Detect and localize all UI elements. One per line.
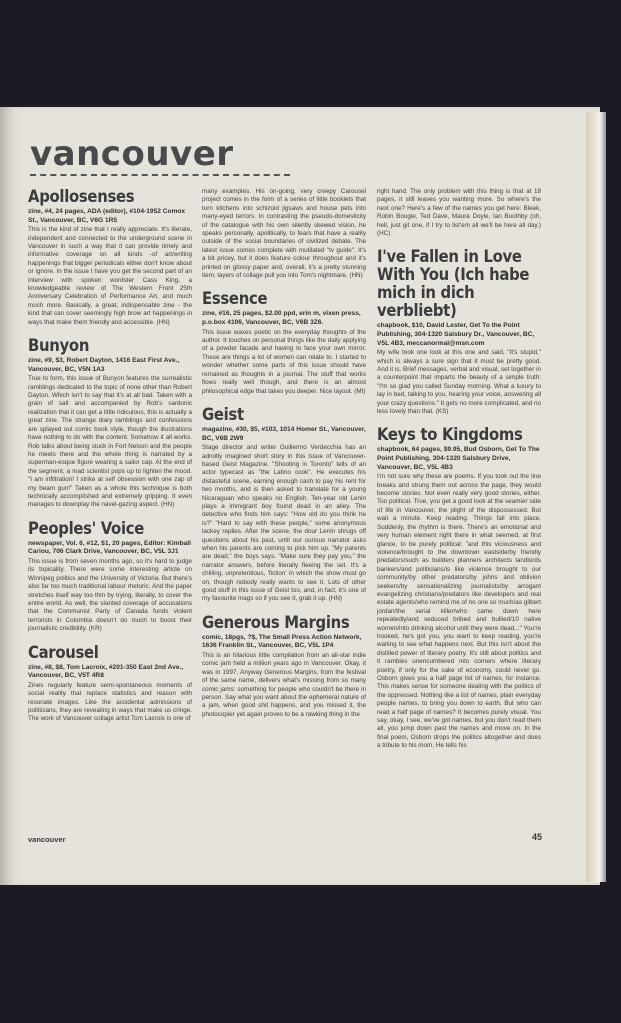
review-continuation: many examples. His on-going, very creepy… [202,188,366,280]
review-body: This is an hilarious little compilation … [202,652,366,719]
review-body: I'm not sure why these are poems. If you… [377,473,541,750]
review-entry-peoples-voice: Peoples' Voice newspaper, Vol. 6, #12, $… [28,520,192,634]
review-body: This issue is from seven months ago, so … [28,558,192,634]
review-title: I've Fallen in Love With You (Ich habe m… [377,248,541,320]
review-meta: magazine, #30, $5, #103, 1014 Homer St.,… [202,426,366,443]
review-title: Apollosenses [28,188,192,206]
review-body: True to form, this issue of Bunyon featu… [28,375,192,510]
masthead-dashed-rule [30,174,290,176]
review-meta: zine, #9, $3, Robert Dayton, 1416 East F… [28,357,192,374]
review-entry-bunyon: Bunyon zine, #9, $3, Robert Dayton, 1416… [28,337,192,510]
review-title: Generous Margins [202,614,366,632]
review-body: My wife took one look at this one and sa… [377,349,541,416]
review-entry-generous-margins: Generous Margins comic, 18pgs, ?$, The S… [202,614,366,719]
review-title: Carousel [28,644,192,662]
review-title: Geist [202,406,366,424]
review-entry-apollosenses: Apollosenses zine, #4, 24 pages, ADA (ed… [28,188,192,327]
review-entry-keys-to-kingdoms: Keys to Kingdoms chapbook, 64 pages, $9.… [377,426,541,750]
review-body: This issue waxes poetic on the everyday … [202,329,366,396]
review-meta: chapbook, $10, David Lester, Get To the … [377,322,541,348]
review-entry-ive-fallen-in-love: I've Fallen in Love With You (Ich habe m… [377,248,541,416]
review-meta: zine, #4, 24 pages, ADA (editor), #104-1… [28,208,192,225]
review-meta: newspaper, Vol. 6, #12, $1, 20 pages, Ed… [28,540,192,557]
review-entry-essence: Essence zine, #16, 25 pages, $2.00 ppd, … [202,290,366,395]
review-meta: zine, #8, $8, Tom Lacroix, #201-350 East… [28,664,192,681]
review-continuation: right hand. The only problem with this t… [377,188,541,238]
column-2: many examples. His on-going, very creepy… [202,188,366,729]
review-title: Essence [202,290,366,308]
column-1: Apollosenses zine, #4, 24 pages, ADA (ed… [28,188,192,734]
review-entry-carousel: Carousel zine, #8, $8, Tom Lacroix, #201… [28,644,192,724]
page-block-edge [586,112,606,882]
page-number: 45 [532,832,542,842]
review-meta: zine, #16, 25 pages, $2.00 ppd, erin m, … [202,310,366,327]
review-title: Keys to Kingdoms [377,426,541,444]
section-masthead: vancouver [30,136,234,172]
review-body: Zines regularly feature semi-spontaneous… [28,682,192,724]
review-meta: comic, 18pgs, ?$, The Small Press Action… [202,634,366,651]
review-title: Peoples' Voice [28,520,192,538]
review-body: Stage director and writer Guillermo Verd… [202,444,366,604]
column-3: right hand. The only problem with this t… [377,188,541,761]
review-title: Bunyon [28,337,192,355]
review-meta: chapbook, 64 pages, $9.95, Bud Osborn, G… [377,446,541,472]
review-entry-geist: Geist magazine, #30, $5, #103, 1014 Home… [202,406,366,604]
running-footer-section: vancouver [28,835,66,844]
review-body: This is the kind of zine that I really a… [28,226,192,327]
